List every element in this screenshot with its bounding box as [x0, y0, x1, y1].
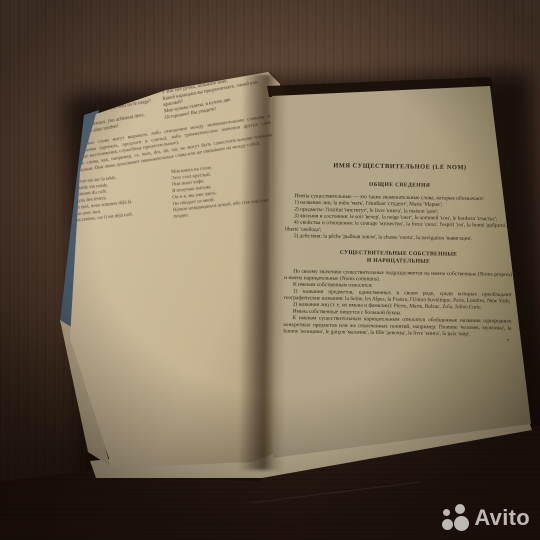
avito-watermark: Avito: [442, 504, 530, 531]
right-page-text: ИМЯ СУЩЕСТВИТЕЛЬНОЕ (LE NOM) ОБЩИЕ СВЕДЕ…: [283, 97, 515, 345]
heading-line: СУЩЕСТВИТЕЛЬНЫЕ СОБСТВЕННЫЕ: [340, 250, 457, 258]
heading-line: И НАРИЦАТЕЛЬНЫЕ: [367, 257, 430, 264]
chapter-title: ИМЯ СУЩЕСТВИТЕЛЬНОЕ (LE NOM): [286, 161, 514, 173]
book-photo-scene: Vous n'avez pas de stylo, prenez le mien…: [0, 0, 540, 540]
section-heading-general: ОБЩИЕ СВЕДЕНИЯ: [286, 180, 514, 191]
book-gutter-shadow: [238, 74, 287, 470]
section-heading-proper-common: СУЩЕСТВИТЕЛЬНЫЕ СОБСТВЕННЫЕ И НАРИЦАТЕЛЬ…: [284, 248, 512, 266]
logo-circle: [455, 504, 465, 514]
paragraph: К именам существительным нарицательным о…: [283, 315, 511, 339]
avito-logo-icon: [442, 504, 469, 531]
logo-circle: [454, 516, 469, 531]
watermark-label: Avito: [474, 505, 530, 531]
logo-circle: [442, 519, 453, 530]
logo-circle: [443, 509, 450, 516]
